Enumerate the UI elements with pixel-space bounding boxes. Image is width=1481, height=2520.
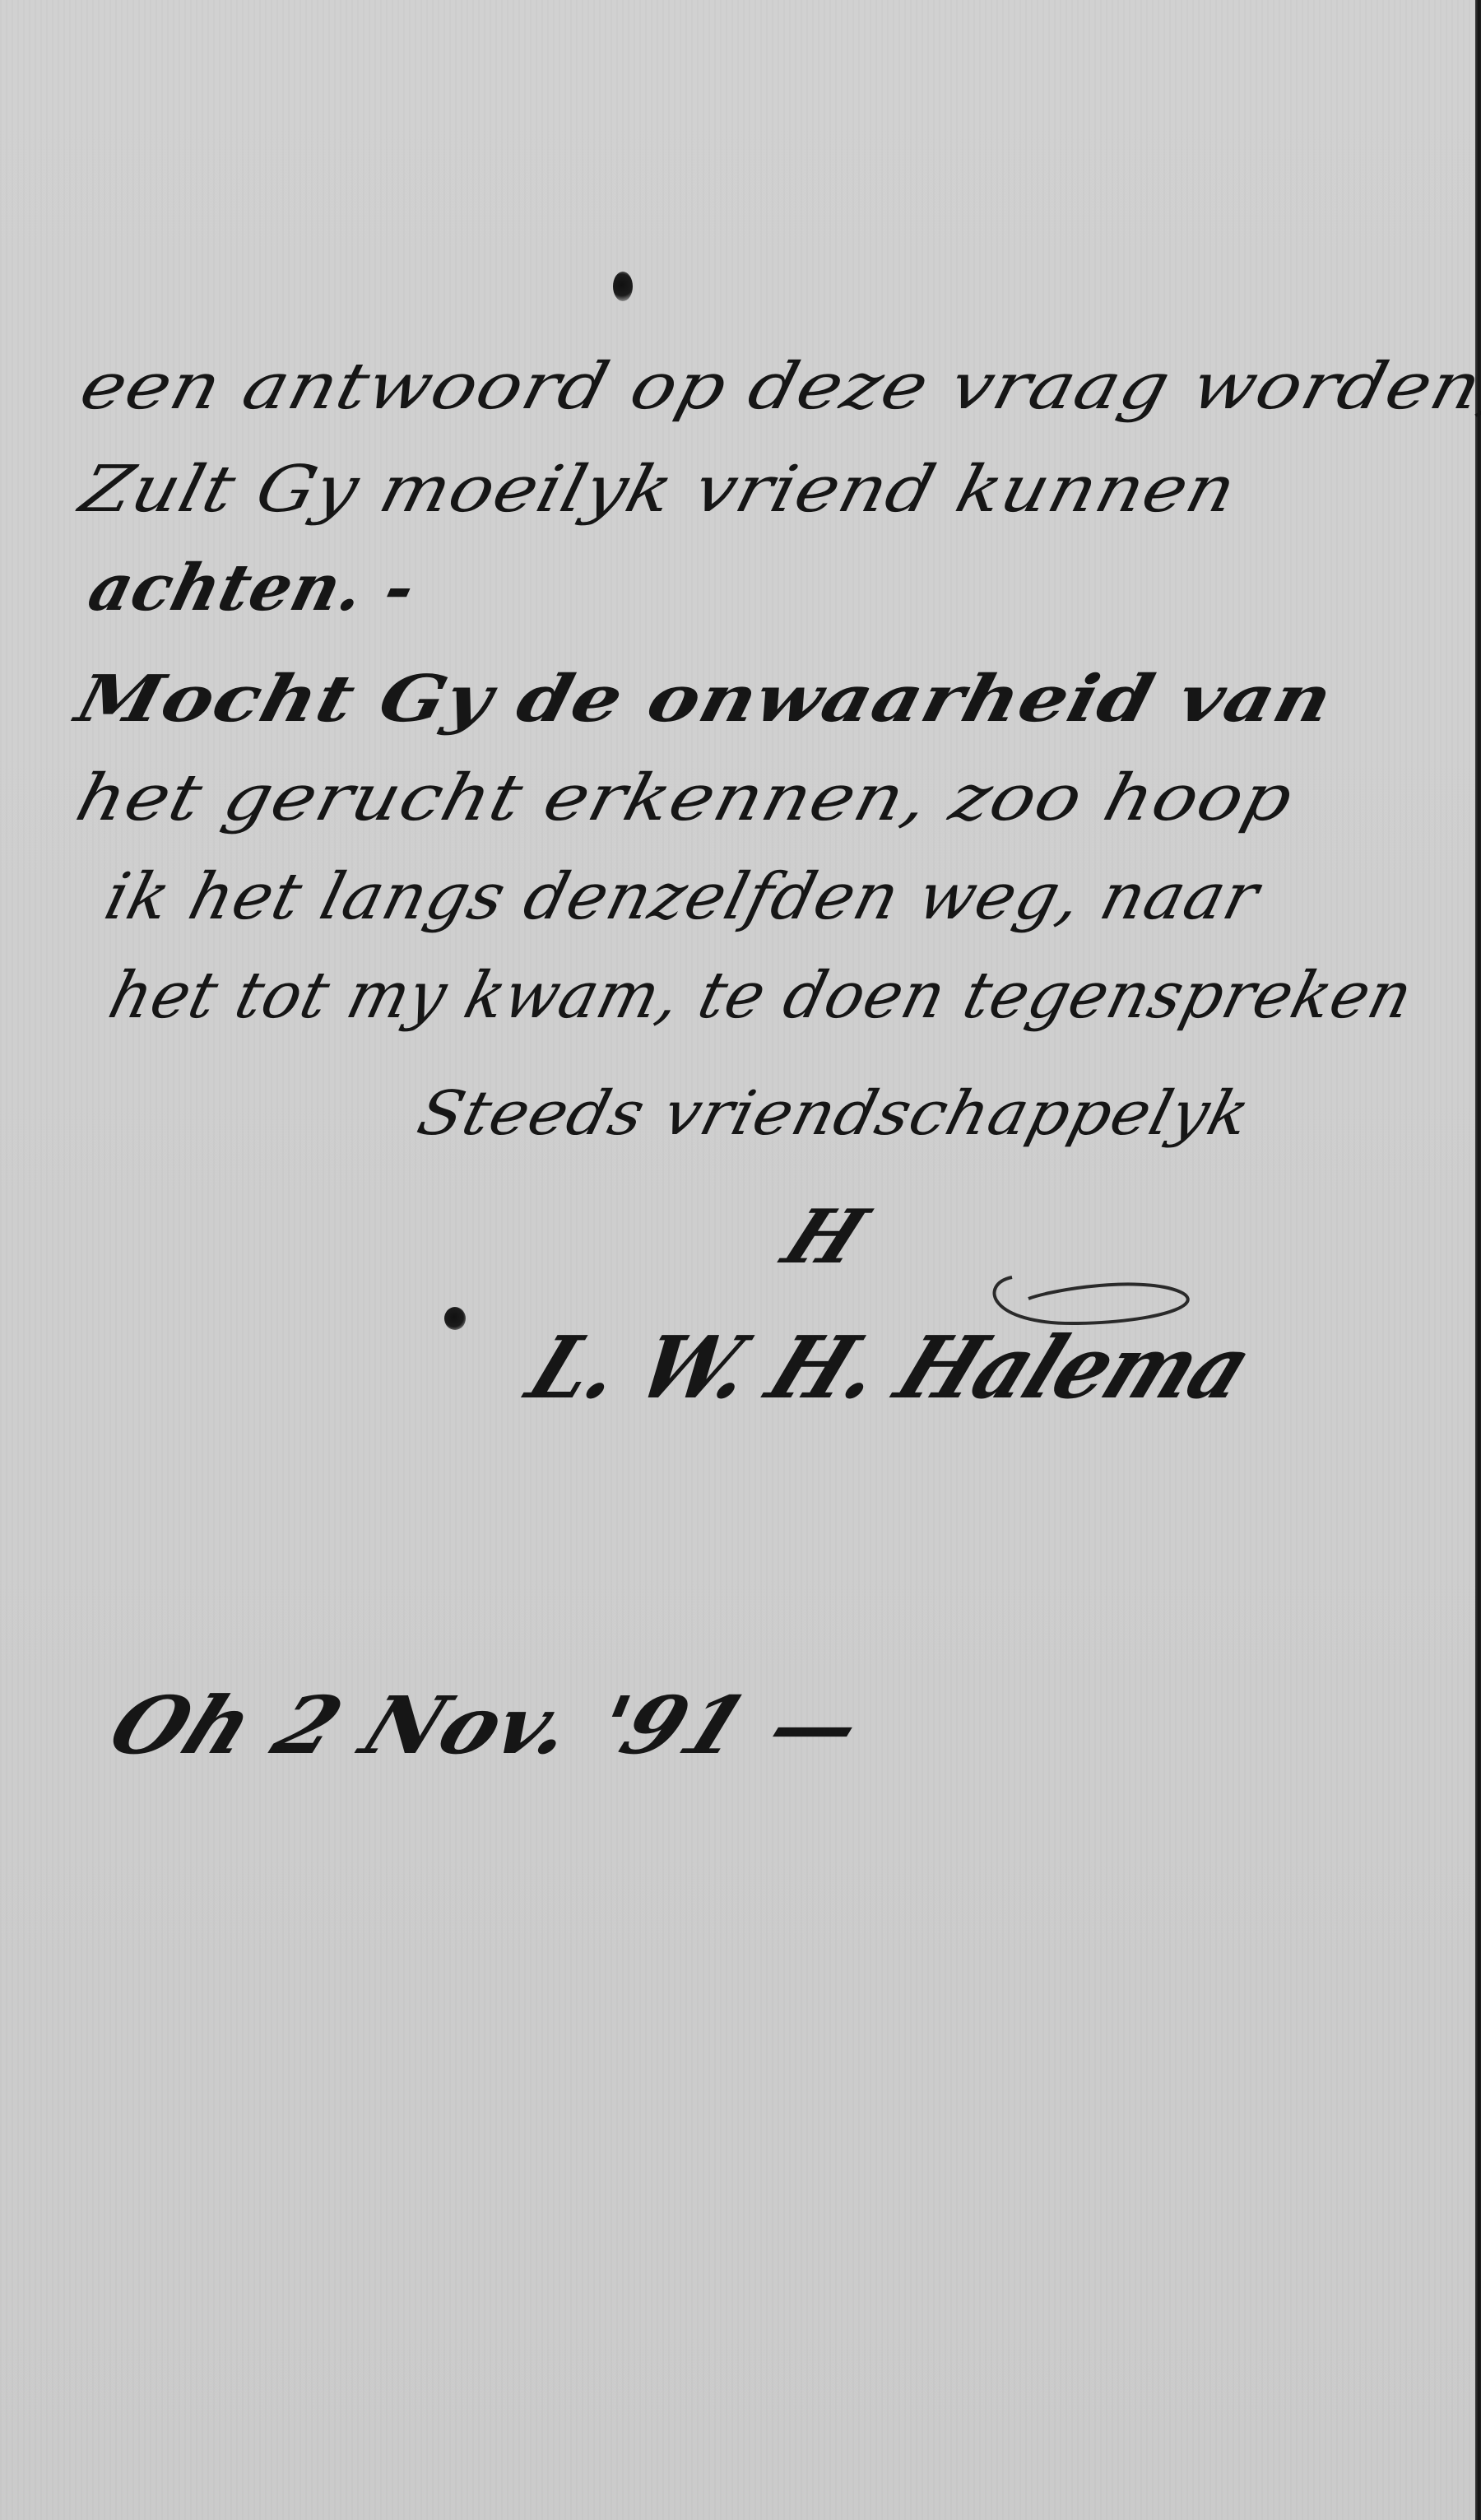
- letter-line-1: een antwoord op deze vraag worden,: [72, 346, 1481, 428]
- date-line: Oh 2 Nov. '91 —: [96, 1679, 876, 1772]
- letter-line-6: ik het langs denzelfden weg, naar: [97, 856, 1268, 938]
- ink-blot-left: [444, 1307, 466, 1330]
- letter-line-5: het gerucht erkennen, zoo hoop: [68, 757, 1302, 839]
- letter-page: een antwoord op deze vraag worden, Zult …: [0, 0, 1481, 2520]
- ink-blot-top: [613, 272, 633, 301]
- letter-line-2: Zult Gy moeilyk vriend kunnen: [72, 449, 1246, 531]
- letter-line-4: Mocht Gy de onwaarheid van: [68, 658, 1342, 741]
- signature: L. W. H. Halema: [514, 1317, 1265, 1418]
- letter-line-7: het tot my kwam, te doen tegenspreken: [101, 955, 1422, 1037]
- letter-line-3: achten. -: [81, 547, 425, 630]
- signature-mark: H: [770, 1193, 880, 1281]
- closing-salutation: Steeds vriendschappelyk: [411, 1078, 1257, 1149]
